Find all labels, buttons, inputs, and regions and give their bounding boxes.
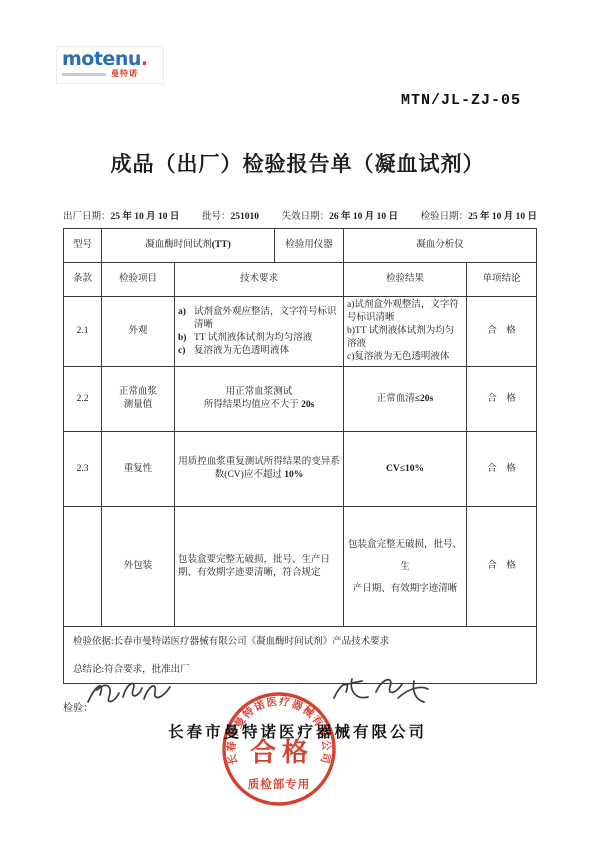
requirement-text: 复溶液为无色透明液体 [194, 345, 340, 358]
requirement-item: c)复溶液为无色透明液体 [178, 345, 340, 358]
company-logo: motenu. 曼特诺 [56, 46, 164, 84]
conclusion-text: 合 格 [487, 463, 516, 476]
model-value-text: 凝血酶时间试剂 [145, 240, 212, 250]
header-item: 检验项目 [119, 273, 157, 286]
inspection-table: 型号 凝血酶时间试剂(TT) 检验用仪器 凝血分析仪 条款 检验项目 技术要求 … [63, 228, 537, 684]
item-text: 外包装 [124, 560, 153, 573]
clause-text: 2.3 [77, 463, 89, 476]
clause-cell [64, 507, 101, 626]
inspection-basis: 检验依据:长春市曼特诺医疗器械有限公司《凝血酶时间试剂》产品技术要求 [73, 636, 527, 649]
conclusion-text: 合 格 [487, 325, 516, 338]
instrument-label-cell: 检验用仪器 [274, 229, 343, 262]
requirement-text: TT 试剂液体试剂为均匀溶液 [194, 332, 340, 345]
header-item-cell: 检验项目 [101, 263, 174, 296]
item-text-line: 测量值 [124, 399, 153, 412]
requirement-bold-value: 20s [301, 400, 314, 410]
requirement-marker: a) [178, 306, 194, 332]
batch-number: 批号：251010 [202, 208, 259, 222]
instrument-value: 凝血分析仪 [416, 239, 464, 252]
table-row-repeatability: 2.3 重复性 用质控血浆重复测试所得结果的变异系 数(CV)应不超过 10% … [64, 431, 536, 506]
requirement-text: 所得结果均值应不大于 [204, 400, 301, 410]
meta-dates-row: 出厂日期：25 年 10 月 10 日 批号：251010 失效日期：26 年 … [63, 208, 537, 222]
table-row-plasma: 2.2 正常血浆 测量值 用正常血浆测试 所得结果均值应不大于 20s 正常血清… [64, 366, 536, 431]
result-line: 包装盒完整无破损，批号、生 [347, 534, 463, 578]
instrument-value-cell: 凝血分析仪 [343, 229, 536, 262]
conclusion-cell: 合 格 [466, 432, 536, 506]
conclusion-cell: 合 格 [466, 297, 536, 366]
item-text: 重复性 [124, 463, 153, 476]
requirement-marker: c) [178, 345, 194, 358]
requirement-text: 包装盒要完整无破损，批号、生产日期、有效期字迹要清晰，符合规定 [178, 554, 340, 580]
header-clause-cell: 条款 [64, 263, 101, 296]
model-label: 型号 [73, 239, 92, 252]
expiry-date-label: 失效日期： [282, 212, 330, 222]
clause-cell: 2.3 [64, 432, 101, 506]
item-cell: 正常血浆 测量值 [101, 367, 174, 431]
header-result-cell: 检验结果 [343, 263, 466, 296]
logo-brand-text: motenu [62, 48, 141, 70]
model-row: 型号 凝血酶时间试剂(TT) 检验用仪器 凝血分析仪 [64, 229, 536, 262]
factory-date-value: 25 年 10 月 10 日 [111, 212, 180, 222]
logo-wordmark: motenu. [62, 50, 158, 68]
conclusion-cell: 合 格 [466, 507, 536, 626]
inspection-date-value: 25 年 10 月 10 日 [468, 212, 537, 222]
result-line: b)TT 试剂液体试剂为均匀溶液 [347, 325, 463, 351]
result-line: 产日期、有效期字迹清晰 [353, 578, 458, 600]
model-label-cell: 型号 [64, 229, 101, 262]
reviewer-signature-handwriting [326, 672, 434, 712]
result-cell: CV≤10% [343, 432, 466, 506]
result-cell: a)试剂盒外观整洁，文字符号标识清晰 b)TT 试剂液体试剂为均匀溶液 c)复溶… [343, 297, 466, 366]
result-text: 正常血清 [377, 394, 415, 404]
requirement-line: 用正常血浆测试 [226, 386, 293, 399]
document-number: MTN/JL-ZJ-05 [401, 92, 521, 109]
requirement-text: 数(CV)应不超过 [215, 470, 284, 480]
model-value-code: (TT) [212, 240, 231, 250]
stamp-dept-text: 质检部专用 [248, 777, 311, 791]
item-text-line: 正常血浆 [119, 386, 157, 399]
logo-tagline-placeholder [62, 73, 106, 76]
header-requirement-cell: 技术要求 [174, 263, 343, 296]
result-value: 正常血清≤20s [377, 393, 433, 406]
requirement-line: 用质控血浆重复测试所得结果的变异系 [178, 456, 340, 469]
result-bold-value: CV≤10% [386, 463, 424, 476]
item-cell: 外包装 [101, 507, 174, 626]
table-header-row: 条款 检验项目 技术要求 检验结果 单项结论 [64, 262, 536, 296]
inspection-date: 检验日期：25 年 10 月 10 日 [421, 208, 537, 222]
factory-date: 出厂日期：25 年 10 月 10 日 [63, 208, 179, 222]
logo-subline: 曼特诺 [62, 70, 158, 78]
header-requirement: 技术要求 [240, 273, 278, 286]
requirement-list: a)试剂盒外观应整洁，文字符号标识清晰 b)TT 试剂液体试剂为均匀溶液 c)复… [178, 306, 340, 358]
clause-cell: 2.1 [64, 297, 101, 366]
requirement-cell: 用质控血浆重复测试所得结果的变异系 数(CV)应不超过 10% [174, 432, 343, 506]
batch-value: 251010 [231, 212, 260, 222]
item-text: 外观 [128, 325, 147, 338]
header-clause: 条款 [73, 273, 92, 286]
table-row-packaging: 外包装 包装盒要完整无破损，批号、生产日期、有效期字迹要清晰，符合规定 包装盒完… [64, 506, 536, 626]
expiry-date-value: 26 年 10 月 10 日 [329, 212, 398, 222]
instrument-label: 检验用仪器 [285, 239, 333, 252]
header-conclusion: 单项结论 [482, 273, 520, 286]
clause-text: 2.1 [77, 325, 89, 338]
logo-chinese-name: 曼特诺 [111, 70, 138, 78]
model-value: 凝血酶时间试剂(TT) [145, 239, 231, 252]
conclusion-cell: 合 格 [466, 367, 536, 431]
requirement-cell: a)试剂盒外观应整洁，文字符号标识清晰 b)TT 试剂液体试剂为均匀溶液 c)复… [174, 297, 343, 366]
result-line: c)复溶液为无色透明液体 [347, 351, 463, 364]
requirement-marker: b) [178, 332, 194, 345]
inspector-signature-handwriting [82, 674, 177, 712]
factory-date-label: 出厂日期： [63, 212, 111, 222]
item-cell: 重复性 [101, 432, 174, 506]
quality-seal-stamp: 长春市曼特诺医疗器械有限公司 合格 质检部专用 [220, 690, 338, 808]
result-cell: 正常血清≤20s [343, 367, 466, 431]
conclusion-text: 合 格 [487, 393, 516, 406]
conclusion-text: 合 格 [487, 560, 516, 573]
result-bold-value: ≤20s [415, 394, 433, 404]
header-conclusion-cell: 单项结论 [466, 263, 536, 296]
requirement-line: 数(CV)应不超过 10% [215, 469, 303, 482]
item-cell: 外观 [101, 297, 174, 366]
requirement-cell: 包装盒要完整无破损，批号、生产日期、有效期字迹要清晰，符合规定 [174, 507, 343, 626]
requirement-line: 所得结果均值应不大于 20s [204, 399, 315, 412]
requirement-item: a)试剂盒外观应整洁，文字符号标识清晰 [178, 306, 340, 332]
clause-cell: 2.2 [64, 367, 101, 431]
header-result: 检验结果 [386, 273, 424, 286]
page-title: 成品（出厂）检验报告单（凝血试剂） [0, 148, 595, 178]
inspection-date-label: 检验日期： [421, 212, 469, 222]
result-line: a)试剂盒外观整洁，文字符号标识清晰 [347, 299, 463, 325]
model-value-cell: 凝血酶时间试剂(TT) [101, 229, 274, 262]
clause-text: 2.2 [77, 393, 89, 406]
requirement-bold-value: 10% [284, 470, 303, 480]
requirement-cell: 用正常血浆测试 所得结果均值应不大于 20s [174, 367, 343, 431]
requirement-item: b)TT 试剂液体试剂为均匀溶液 [178, 332, 340, 345]
expiry-date: 失效日期：26 年 10 月 10 日 [282, 208, 398, 222]
result-cell: 包装盒完整无破损，批号、生 产日期、有效期字迹清晰 [343, 507, 466, 626]
stamp-center-text: 合格 [250, 737, 314, 767]
report-page: motenu. 曼特诺 MTN/JL-ZJ-05 成品（出厂）检验报告单（凝血试… [0, 0, 595, 842]
batch-label: 批号： [202, 212, 231, 222]
logo-dot: . [141, 48, 148, 70]
table-row-appearance: 2.1 外观 a)试剂盒外观应整洁，文字符号标识清晰 b)TT 试剂液体试剂为均… [64, 296, 536, 366]
requirement-text: 试剂盒外观应整洁，文字符号标识清晰 [194, 306, 340, 332]
